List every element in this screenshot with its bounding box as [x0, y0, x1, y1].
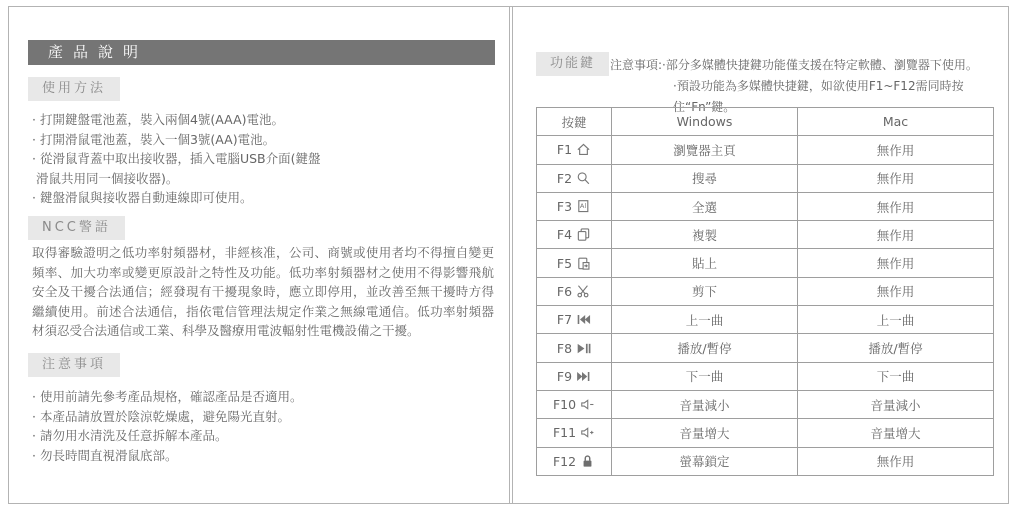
- key-cell: F12: [537, 447, 612, 475]
- windows-action-cell: 上一曲: [612, 306, 798, 334]
- svg-text:Al: Al: [580, 202, 586, 210]
- mac-action-cell: 無作用: [798, 447, 994, 475]
- key-cell: F2: [537, 164, 612, 192]
- volume-up-icon: [580, 425, 595, 440]
- section-label-precautions: 注意事項: [28, 353, 120, 377]
- windows-action-cell: 音量減小: [612, 390, 798, 418]
- table-row: F1瀏覽器主頁無作用: [537, 136, 994, 164]
- key-cell: F4: [537, 221, 612, 249]
- left-page: 產品說明 使用方法 · 打開鍵盤電池蓋，裝入兩個4號(AAA)電池。· 打開滑鼠…: [9, 7, 509, 503]
- play-pause-icon: [576, 341, 591, 356]
- bullet-item: · 請勿用水清洗及任意拆解本產品。: [32, 426, 492, 446]
- windows-action-cell: 複製: [612, 221, 798, 249]
- column-header-mac: Mac: [798, 108, 994, 136]
- note-line: 注意事項:·部分多媒體快捷鍵功能僅支援在特定軟體、瀏覽器下使用。: [610, 55, 1008, 76]
- table-row: F12螢幕鎖定無作用: [537, 447, 994, 475]
- function-key-table: 按鍵 Windows Mac F1瀏覽器主頁無作用F2搜尋無作用F3Al全選無作…: [536, 107, 994, 476]
- key-cell: F8: [537, 334, 612, 362]
- windows-action-cell: 螢幕鎖定: [612, 447, 798, 475]
- windows-action-cell: 剪下: [612, 277, 798, 305]
- mac-action-cell: 無作用: [798, 164, 994, 192]
- bullet-item: · 打開鍵盤電池蓋，裝入兩個4號(AAA)電池。: [32, 110, 492, 130]
- mac-action-cell: 上一曲: [798, 306, 994, 334]
- windows-action-cell: 瀏覽器主頁: [612, 136, 798, 164]
- next-track-icon: [576, 369, 591, 384]
- section-label-usage: 使用方法: [28, 77, 120, 101]
- table-row: F11音量增大音量增大: [537, 419, 994, 447]
- table-row: F3Al全選無作用: [537, 192, 994, 220]
- mac-action-cell: 無作用: [798, 277, 994, 305]
- windows-action-cell: 下一曲: [612, 362, 798, 390]
- key-cell: F5: [537, 249, 612, 277]
- key-label: F1: [557, 142, 572, 157]
- key-label: F9: [557, 369, 572, 384]
- function-key-table-body: F1瀏覽器主頁無作用F2搜尋無作用F3Al全選無作用F4複製無作用F5貼上無作用…: [537, 136, 994, 476]
- key-label: F11: [553, 425, 576, 440]
- bullet-item: · 從滑鼠背蓋中取出接收器，插入電腦USB介面(鍵盤 滑鼠共用同一個接收器)。: [32, 149, 492, 188]
- bullet-item: · 鍵盤滑鼠與接收器自動連線即可使用。: [32, 188, 492, 208]
- key-label: F3: [557, 199, 572, 214]
- manual-sheet: 產品說明 使用方法 · 打開鍵盤電池蓋，裝入兩個4號(AAA)電池。· 打開滑鼠…: [8, 6, 1009, 504]
- table-row: F8播放/暫停播放/暫停: [537, 334, 994, 362]
- mac-action-cell: 音量增大: [798, 419, 994, 447]
- key-cell: F9: [537, 362, 612, 390]
- key-cell: F3Al: [537, 192, 612, 220]
- key-label: F6: [557, 284, 572, 299]
- lock-icon: [580, 454, 595, 469]
- table-row: F7上一曲上一曲: [537, 306, 994, 334]
- mac-action-cell: 無作用: [798, 249, 994, 277]
- mac-action-cell: 播放/暫停: [798, 334, 994, 362]
- column-header-windows: Windows: [612, 108, 798, 136]
- product-manual-page: 產品說明 使用方法 · 打開鍵盤電池蓋，裝入兩個4號(AAA)電池。· 打開滑鼠…: [0, 0, 1025, 512]
- key-label: F2: [557, 171, 572, 186]
- mac-action-cell: 音量減小: [798, 390, 994, 418]
- key-cell: F10: [537, 390, 612, 418]
- key-label: F8: [557, 341, 572, 356]
- table-header-row: 按鍵 Windows Mac: [537, 108, 994, 136]
- key-cell: F1: [537, 136, 612, 164]
- usage-bullet-list: · 打開鍵盤電池蓋，裝入兩個4號(AAA)電池。· 打開滑鼠電池蓋，裝入一個3號…: [32, 110, 492, 208]
- paste-icon: [576, 256, 591, 271]
- windows-action-cell: 音量增大: [612, 419, 798, 447]
- key-cell: F11: [537, 419, 612, 447]
- volume-down-icon: [580, 397, 595, 412]
- table-row: F5貼上無作用: [537, 249, 994, 277]
- ncc-warning-paragraph: 取得審驗證明之低功率射頻器材，非經核准，公司、商號或使用者均不得擅自變更頻率、加…: [32, 243, 494, 341]
- key-label: F7: [557, 312, 572, 327]
- bullet-item: · 本產品請放置於陰涼乾燥處，避免陽光直射。: [32, 407, 492, 427]
- key-label: F4: [557, 227, 572, 242]
- key-cell: F6: [537, 277, 612, 305]
- key-label: F5: [557, 256, 572, 271]
- search-icon: [576, 171, 591, 186]
- section-label-ncc-warning: NCC警語: [28, 216, 125, 240]
- section-label-function-keys: 功能鍵: [536, 52, 609, 76]
- bullet-item: · 使用前請先參考產品規格，確認產品是否適用。: [32, 387, 492, 407]
- table-row: F10音量減小音量減小: [537, 390, 994, 418]
- precautions-bullet-list: · 使用前請先參考產品規格，確認產品是否適用。· 本產品請放置於陰涼乾燥處，避免…: [32, 387, 492, 465]
- table-row: F4複製無作用: [537, 221, 994, 249]
- key-cell: F7: [537, 306, 612, 334]
- mac-action-cell: 無作用: [798, 221, 994, 249]
- windows-action-cell: 貼上: [612, 249, 798, 277]
- mac-action-cell: 無作用: [798, 192, 994, 220]
- select-all-icon: Al: [576, 199, 591, 214]
- windows-action-cell: 全選: [612, 192, 798, 220]
- page-title: 產品說明: [28, 40, 495, 65]
- table-row: F9下一曲下一曲: [537, 362, 994, 390]
- bullet-item: · 打開滑鼠電池蓋，裝入一個3號(AA)電池。: [32, 130, 492, 150]
- table-row: F2搜尋無作用: [537, 164, 994, 192]
- table-row: F6剪下無作用: [537, 277, 994, 305]
- copy-icon: [576, 227, 591, 242]
- windows-action-cell: 搜尋: [612, 164, 798, 192]
- mac-action-cell: 下一曲: [798, 362, 994, 390]
- column-header-key: 按鍵: [537, 108, 612, 136]
- key-label: F12: [553, 454, 576, 469]
- home-icon: [576, 142, 591, 157]
- key-label: F10: [553, 397, 576, 412]
- windows-action-cell: 播放/暫停: [612, 334, 798, 362]
- right-page: 功能鍵 注意事項:·部分多媒體快捷鍵功能僅支援在特定軟體、瀏覽器下使用。 ·預設…: [511, 7, 1008, 503]
- cut-icon: [576, 284, 591, 299]
- mac-action-cell: 無作用: [798, 136, 994, 164]
- bullet-item: · 勿長時間直視滑鼠底部。: [32, 446, 492, 466]
- previous-track-icon: [576, 312, 591, 327]
